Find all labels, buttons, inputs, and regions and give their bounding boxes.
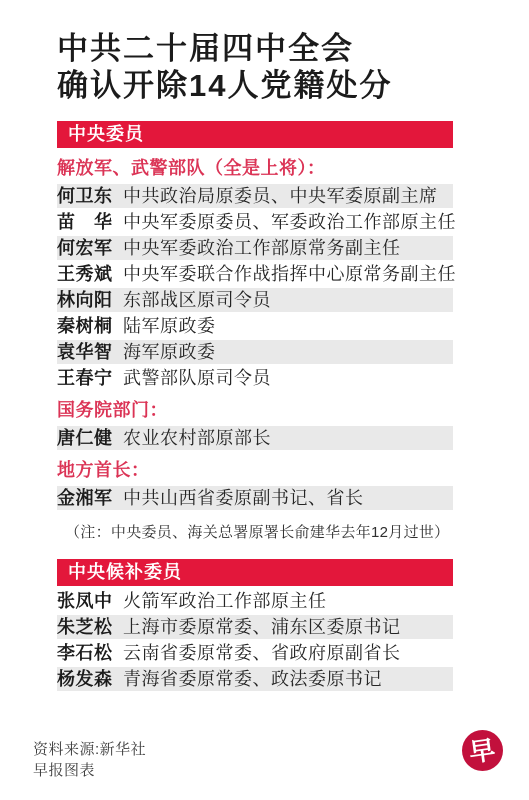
person-name: 王春宁 <box>57 366 123 390</box>
person-role: 中共山西省委原副书记、省长 <box>123 486 364 510</box>
table-row: 何宏军中央军委政治工作部原常务副主任 <box>57 236 453 260</box>
person-name: 林向阳 <box>57 288 123 312</box>
table-row: 金湘军中共山西省委原副书记、省长 <box>57 486 453 510</box>
footnote: （注：中央委员、海关总署原署长俞建华去年12月过世） <box>57 523 453 542</box>
group-label: 解放军、武警部队（全是上将）： <box>57 157 453 179</box>
table-row: 王春宁武警部队原司令员 <box>57 366 453 390</box>
table-row: 苗 华中央军委原委员、军委政治工作部原主任 <box>57 210 453 234</box>
person-name: 苗 华 <box>57 210 123 234</box>
group-label: 地方首长： <box>57 459 453 481</box>
table-row: 唐仁健农业农村部原部长 <box>57 426 453 450</box>
person-name: 袁华智 <box>57 340 123 364</box>
person-name: 何宏军 <box>57 236 123 260</box>
person-name: 金湘军 <box>57 486 123 510</box>
section: 中央委员解放军、武警部队（全是上将）：何卫东中共政治局原委员、中央军委原副主席苗… <box>57 121 453 542</box>
section-banner: 中央委员 <box>57 121 453 148</box>
person-role: 上海市委原常委、浦东区委原书记 <box>123 615 401 639</box>
rows-list: 金湘军中共山西省委原副书记、省长 <box>57 486 453 510</box>
table-row: 张凤中火箭军政治工作部原主任 <box>57 589 453 613</box>
person-name: 何卫东 <box>57 184 123 208</box>
graphics-credit: 早报图表 <box>33 760 146 781</box>
person-role: 青海省委原常委、政法委原书记 <box>123 667 382 691</box>
table-row: 李石松云南省委原常委、省政府原副省长 <box>57 641 453 665</box>
title-line-2: 确认开除14人党籍处分 <box>57 67 453 104</box>
table-row: 杨发森青海省委原常委、政法委原书记 <box>57 667 453 691</box>
sections-container: 中央委员解放军、武警部队（全是上将）：何卫东中共政治局原委员、中央军委原副主席苗… <box>57 121 453 691</box>
person-role: 中央军委原委员、军委政治工作部原主任 <box>123 210 456 234</box>
table-row: 王秀斌中央军委联合作战指挥中心原常务副主任 <box>57 262 453 286</box>
person-role: 云南省委原常委、省政府原副省长 <box>123 641 401 665</box>
person-role: 武警部队原司令员 <box>123 366 271 390</box>
person-role: 海军原政委 <box>123 340 216 364</box>
zaobao-logo-icon: 早 <box>462 730 503 771</box>
content-area: 中共二十届四中全会 确认开除14人党籍处分 中央委员解放军、武警部队（全是上将）… <box>0 0 453 691</box>
group-label: 国务院部门： <box>57 399 453 421</box>
rows-list: 唐仁健农业农村部原部长 <box>57 426 453 450</box>
table-row: 林向阳东部战区原司令员 <box>57 288 453 312</box>
rows-list: 何卫东中共政治局原委员、中央军委原副主席苗 华中央军委原委员、军委政治工作部原主… <box>57 184 453 390</box>
table-row: 秦树桐陆军原政委 <box>57 314 453 338</box>
title-line-1: 中共二十届四中全会 <box>57 30 453 67</box>
infographic-page: 中共二十届四中全会 确认开除14人党籍处分 中央委员解放军、武警部队（全是上将）… <box>0 0 529 800</box>
section: 中央候补委员张凤中火箭军政治工作部原主任朱芝松上海市委原常委、浦东区委原书记李石… <box>57 559 453 691</box>
person-role: 中央军委联合作战指挥中心原常务副主任 <box>123 262 456 286</box>
person-name: 朱芝松 <box>57 615 123 639</box>
person-name: 李石松 <box>57 641 123 665</box>
person-name: 张凤中 <box>57 589 123 613</box>
table-row: 何卫东中共政治局原委员、中央军委原副主席 <box>57 184 453 208</box>
rows-list: 张凤中火箭军政治工作部原主任朱芝松上海市委原常委、浦东区委原书记李石松云南省委原… <box>57 589 453 691</box>
person-name: 唐仁健 <box>57 426 123 450</box>
person-role: 农业农村部原部长 <box>123 426 271 450</box>
table-row: 朱芝松上海市委原常委、浦东区委原书记 <box>57 615 453 639</box>
page-title: 中共二十届四中全会 确认开除14人党籍处分 <box>57 30 453 104</box>
person-role: 中央军委政治工作部原常务副主任 <box>123 236 401 260</box>
person-role: 中共政治局原委员、中央军委原副主席 <box>123 184 438 208</box>
person-role: 东部战区原司令员 <box>123 288 271 312</box>
person-name: 秦树桐 <box>57 314 123 338</box>
footer: 资料来源:新华社 早报图表 <box>33 739 146 781</box>
table-row: 袁华智海军原政委 <box>57 340 453 364</box>
person-role: 火箭军政治工作部原主任 <box>123 589 327 613</box>
source-credit: 资料来源:新华社 <box>33 739 146 760</box>
section-banner: 中央候补委员 <box>57 559 453 586</box>
person-name: 王秀斌 <box>57 262 123 286</box>
zaobao-logo-glyph: 早 <box>467 729 498 769</box>
person-name: 杨发森 <box>57 667 123 691</box>
person-role: 陆军原政委 <box>123 314 216 338</box>
